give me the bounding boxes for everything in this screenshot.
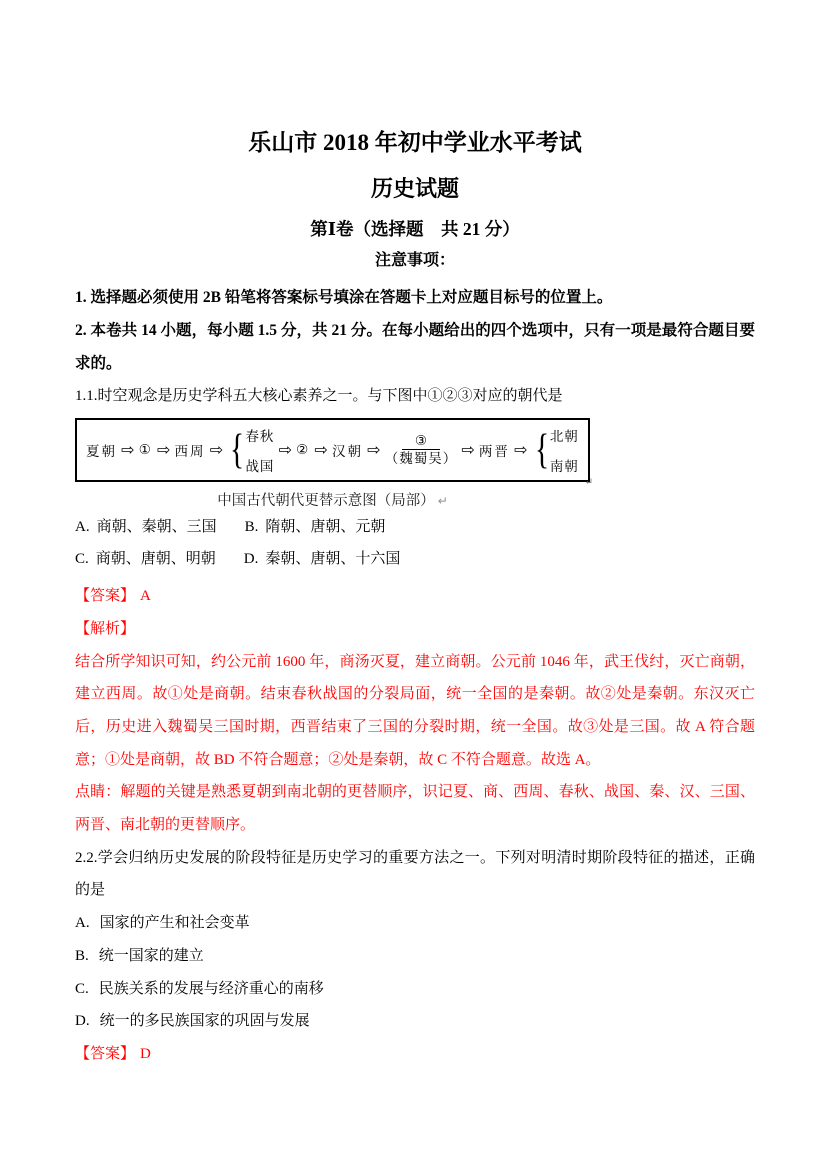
exam-subtitle: 历史试题 xyxy=(75,174,755,204)
brace-pair: 北朝南朝 xyxy=(550,425,579,475)
option-label: A. xyxy=(75,915,90,931)
diagram-node: 夏朝 xyxy=(86,440,117,460)
question2-stem: 2.2.学会归纳历史发展的阶段特征是历史学习的重要方法之一。下列对明清时期阶段特… xyxy=(75,842,755,907)
right-arrow-icon: ⇨ xyxy=(157,442,170,458)
brace-bottom-label: 战国 xyxy=(245,455,274,475)
answer-value: D xyxy=(140,1046,151,1062)
answer-label: 【答案】 xyxy=(75,588,135,604)
question1-analysis-label: 【解析】 xyxy=(75,613,755,646)
brace-bottom-label: 南朝 xyxy=(550,455,579,475)
question2-option-d: D.统一的多民族国家的巩固与发展 xyxy=(75,1005,755,1038)
answer-value: A xyxy=(140,588,151,604)
question1-analysis-text: 结合所学知识可知，约公元前 1600 年，商汤灭夏，建立商朝。公元前 1046 … xyxy=(75,646,755,777)
question2-answer: 【答案】D xyxy=(75,1038,755,1071)
question1-option-d: D.秦朝、唐朝、十六国 xyxy=(244,551,401,567)
section-heading: 第Ⅰ卷（选择题 共 21 分） xyxy=(75,216,755,242)
right-arrow-icon: ⇨ xyxy=(514,442,527,458)
blank-number: ③ xyxy=(402,432,440,450)
question2-option-a: A.国家的产生和社会变革 xyxy=(75,907,755,940)
option-text: 民族关系的发展与经济重心的南移 xyxy=(99,981,324,997)
question2-option-b: B.统一国家的建立 xyxy=(75,940,755,973)
right-arrow-icon: ⇨ xyxy=(461,442,474,458)
option-label: A. xyxy=(75,519,90,535)
question1-tip-text: 点睛：解题的关键是熟悉夏朝到南北朝的更替顺序，识记夏、商、西周、春秋、战国、秦、… xyxy=(75,776,755,841)
diagram-node: 汉朝 xyxy=(332,440,363,460)
brace-top-label: 北朝 xyxy=(550,425,579,445)
question1-stem: 1.1.时空观念是历史学科五大核心素养之一。与下图中①②③对应的朝代是 xyxy=(75,380,755,413)
instruction-1: 1. 选择题必须使用 2B 铅笔将答案标号填涂在答题卡上对应题目标号的位置上。 xyxy=(75,281,755,314)
instruction-2: 2. 本卷共 14 小题，每小题 1.5 分，共 21 分。在每小题给出的四个选… xyxy=(75,314,755,380)
diagram-node: ② xyxy=(296,442,310,458)
exam-paper-page: 乐山市 2018 年初中学业水平考试 历史试题 第Ⅰ卷（选择题 共 21 分） … xyxy=(0,0,827,1169)
diagram-node: 西周 xyxy=(175,440,206,460)
brace-top-label: 春秋 xyxy=(245,425,274,445)
question1-option-b: B.隋朝、唐朝、元朝 xyxy=(245,519,386,535)
left-brace-icon: { xyxy=(535,429,549,471)
dynasty-diagram-wrap: 夏朝⇨①⇨西周⇨{春秋战国⇨②⇨汉朝⇨③（魏蜀吴）⇨两晋⇨{北朝南朝 ↵ xyxy=(75,418,590,482)
left-brace-icon: { xyxy=(230,429,244,471)
diagram-caption: 中国古代朝代更替示意图（局部）↵ xyxy=(75,491,590,511)
blank-fraction-group: ③（魏蜀吴） xyxy=(385,432,458,467)
right-arrow-icon: ⇨ xyxy=(210,442,223,458)
option-label: C. xyxy=(75,551,89,567)
question1-options-row-2: C.商朝、唐朝、明朝D.秦朝、唐朝、十六国 xyxy=(75,543,755,576)
right-arrow-icon: ⇨ xyxy=(314,442,327,458)
diagram-node: ① xyxy=(139,442,153,458)
paragraph-return-icon: ↵ xyxy=(585,477,593,488)
question1-options-row-1: A.商朝、秦朝、三国B.隋朝、唐朝、元朝 xyxy=(75,511,755,544)
option-label: D. xyxy=(244,551,259,567)
brace-group: {北朝南朝 xyxy=(532,425,579,475)
right-arrow-icon: ⇨ xyxy=(367,442,380,458)
question1-answer: 【答案】A xyxy=(75,580,755,613)
option-text: 商朝、唐朝、明朝 xyxy=(96,551,216,567)
question1-option-c: C.商朝、唐朝、明朝 xyxy=(75,551,216,567)
question2-option-c: C.民族关系的发展与经济重心的南移 xyxy=(75,973,755,1006)
brace-group: {春秋战国 xyxy=(227,425,274,475)
paragraph-return-icon: ↵ xyxy=(438,494,448,508)
exam-title: 乐山市 2018 年初中学业水平考试 xyxy=(75,126,755,160)
option-text: 隋朝、唐朝、元朝 xyxy=(265,519,385,535)
option-label: D. xyxy=(75,1013,90,1029)
option-text: 秦朝、唐朝、十六国 xyxy=(265,551,400,567)
answer-label: 【答案】 xyxy=(75,1046,135,1062)
brace-pair: 春秋战国 xyxy=(245,425,274,475)
option-text: 统一国家的建立 xyxy=(99,948,204,964)
option-text: 国家的产生和社会变革 xyxy=(100,915,250,931)
right-arrow-icon: ⇨ xyxy=(279,442,292,458)
dynasty-diagram: 夏朝⇨①⇨西周⇨{春秋战国⇨②⇨汉朝⇨③（魏蜀吴）⇨两晋⇨{北朝南朝 xyxy=(75,418,590,482)
question1-option-a: A.商朝、秦朝、三国 xyxy=(75,519,217,535)
page-content: 乐山市 2018 年初中学业水平考试 历史试题 第Ⅰ卷（选择题 共 21 分） … xyxy=(75,0,755,1071)
option-text: 商朝、秦朝、三国 xyxy=(97,519,217,535)
diagram-node: 两晋 xyxy=(479,440,510,460)
right-arrow-icon: ⇨ xyxy=(121,442,134,458)
blank-caption: （魏蜀吴） xyxy=(385,450,458,467)
option-label: B. xyxy=(75,948,89,964)
option-label: B. xyxy=(245,519,259,535)
option-label: C. xyxy=(75,981,89,997)
notice-heading: 注意事项： xyxy=(75,249,755,273)
diagram-caption-text: 中国古代朝代更替示意图（局部） xyxy=(217,493,435,509)
option-text: 统一的多民族国家的巩固与发展 xyxy=(100,1013,310,1029)
